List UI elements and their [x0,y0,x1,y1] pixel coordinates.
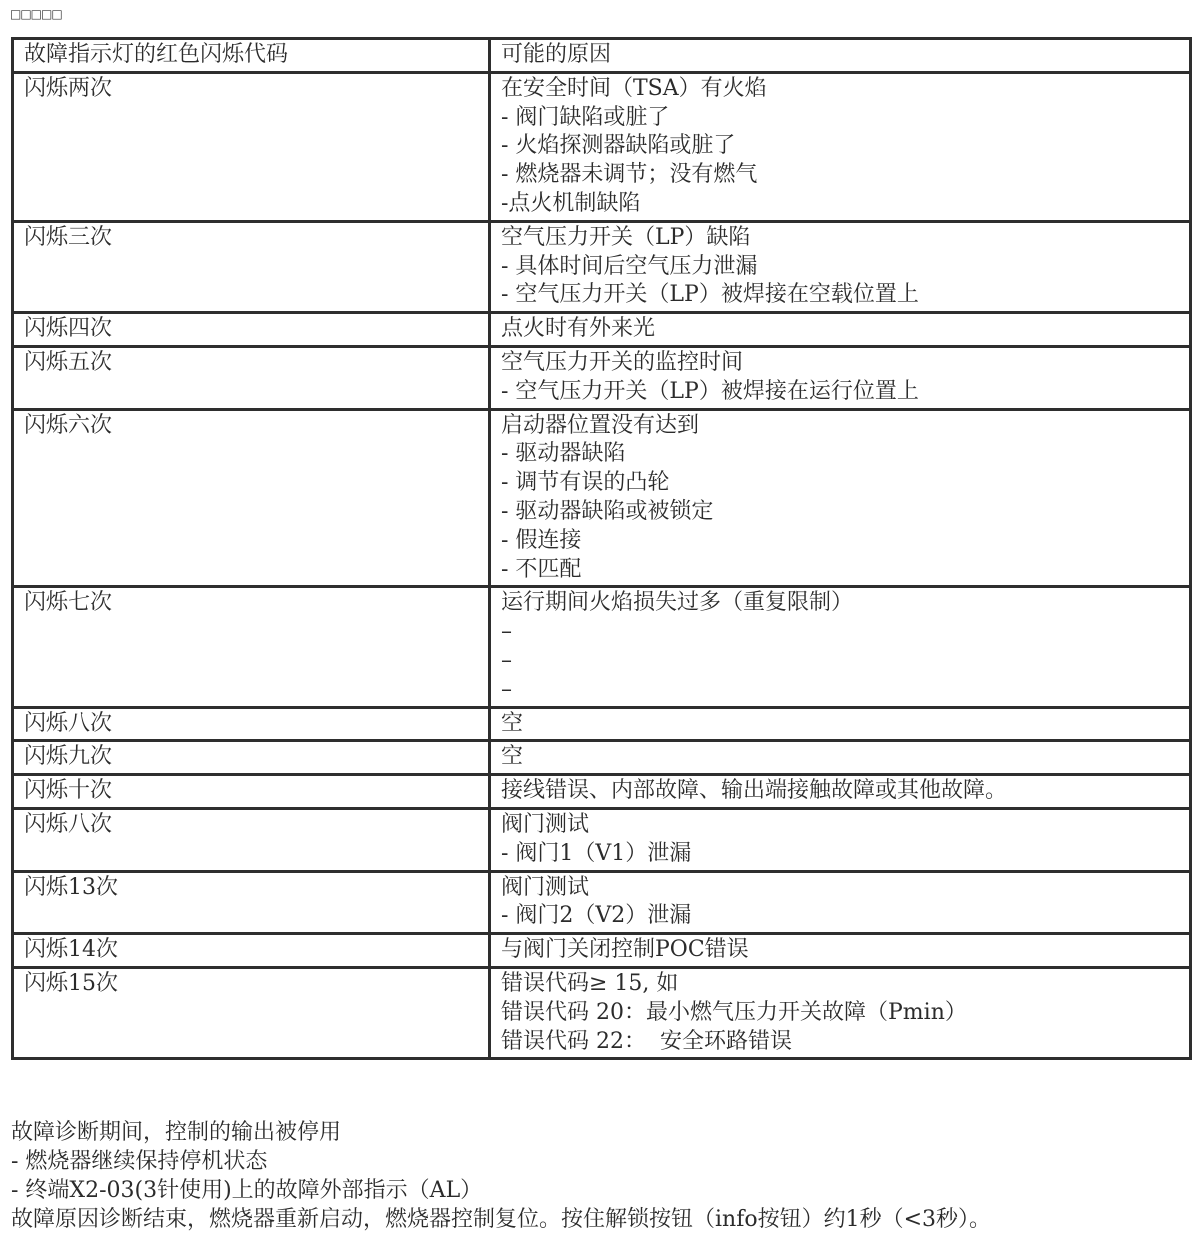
cause-line: 接线错误、内部故障、输出端接触故障或其他故障。 [501,777,1179,806]
blink-code-cell: 闪烁七次 [13,587,490,707]
cause-line: – [501,618,1179,647]
cause-line: 与阀门关闭控制POC错误 [501,936,1179,965]
cause-line: - 驱动器缺陷 [501,440,1179,469]
possible-cause-cell: 点火时有外来光 [490,313,1191,347]
possible-cause-cell: 启动器位置没有达到- 驱动器缺陷- 调节有误的凸轮- 驱动器缺陷或被锁定- 假连… [490,409,1191,587]
possible-cause-cell: 与阀门关闭控制POC错误 [490,934,1191,968]
table-header-row: 故障指示灯的红色闪烁代码 可能的原因 [13,39,1191,73]
footer-notes: 故障诊断期间，控制的输出被停用 - 燃烧器继续保持停机状态 - 终端X2-03(… [11,1118,991,1234]
possible-cause-cell: 空气压力开关（LP）缺陷- 具体时间后空气压力泄漏- 空气压力开关（LP）被焊接… [490,221,1191,312]
cause-line: 错误代码 22： 安全环路错误 [501,1028,1179,1057]
table-row: 闪烁两次在安全时间（TSA）有火焰- 阀门缺陷或脏了- 火焰探测器缺陷或脏了- … [13,72,1191,221]
cause-line: - 具体时间后空气压力泄漏 [501,253,1179,282]
possible-cause-cell: 阀门测试- 阀门1（V1）泄漏 [490,808,1191,871]
cause-line: 启动器位置没有达到 [501,412,1179,441]
cause-line: 阀门测试 [501,874,1179,903]
cause-line: 空 [501,710,1179,739]
table-row: 闪烁14次与阀门关闭控制POC错误 [13,934,1191,968]
cause-line: 空 [501,743,1179,772]
possible-cause-cell: 空 [490,741,1191,775]
cause-line: 运行期间火焰损失过多（重复限制） [501,589,1179,618]
cause-line: 空气压力开关的监控时间 [501,349,1179,378]
table-row: 闪烁三次空气压力开关（LP）缺陷- 具体时间后空气压力泄漏- 空气压力开关（LP… [13,221,1191,312]
possible-cause-cell: 在安全时间（TSA）有火焰- 阀门缺陷或脏了- 火焰探测器缺陷或脏了- 燃烧器未… [490,72,1191,221]
cause-line: - 假连接 [501,527,1179,556]
footer-line: 故障诊断期间，控制的输出被停用 [11,1118,991,1147]
footer-line: - 终端X2-03(3针使用)上的故障外部指示（AL） [11,1176,991,1205]
cause-line: - 驱动器缺陷或被锁定 [501,498,1179,527]
fault-code-table: 故障指示灯的红色闪烁代码 可能的原因 闪烁两次在安全时间（TSA）有火焰- 阀门… [11,37,1192,1060]
header-code: 故障指示灯的红色闪烁代码 [13,39,490,73]
blink-code-cell: 闪烁八次 [13,808,490,871]
cause-line: - 空气压力开关（LP）被焊接在空载位置上 [501,281,1179,310]
table-row: 闪烁13次阀门测试- 阀门2（V2）泄漏 [13,871,1191,934]
cause-line: 空气压力开关（LP）缺陷 [501,224,1179,253]
cause-line: - 阀门2（V2）泄漏 [501,902,1179,931]
table-row: 闪烁七次运行期间火焰损失过多（重复限制）––– [13,587,1191,707]
cause-line: - 阀门1（V1）泄漏 [501,840,1179,869]
blink-code-cell: 闪烁14次 [13,934,490,968]
table-row: 闪烁六次启动器位置没有达到- 驱动器缺陷- 调节有误的凸轮- 驱动器缺陷或被锁定… [13,409,1191,587]
possible-cause-cell: 阀门测试- 阀门2（V2）泄漏 [490,871,1191,934]
cause-line: - 空气压力开关（LP）被焊接在运行位置上 [501,378,1179,407]
cause-line: 错误代码 20：最小燃气压力开关故障（Pmin） [501,999,1179,1028]
table-row: 闪烁四次点火时有外来光 [13,313,1191,347]
blink-code-cell: 闪烁13次 [13,871,490,934]
caption-placeholder: □□□□□ [10,7,62,21]
possible-cause-cell: 运行期间火焰损失过多（重复限制）––– [490,587,1191,707]
blink-code-cell: 闪烁两次 [13,72,490,221]
table-row: 闪烁八次空 [13,707,1191,741]
cause-line: – [501,647,1179,676]
possible-cause-cell: 接线错误、内部故障、输出端接触故障或其他故障。 [490,775,1191,809]
cause-line: 在安全时间（TSA）有火焰 [501,75,1179,104]
blink-code-cell: 闪烁15次 [13,967,490,1058]
cause-line: - 火焰探测器缺陷或脏了 [501,132,1179,161]
footer-line: - 燃烧器继续保持停机状态 [11,1147,991,1176]
blink-code-cell: 闪烁六次 [13,409,490,587]
blink-code-cell: 闪烁四次 [13,313,490,347]
blink-code-cell: 闪烁九次 [13,741,490,775]
cause-line: - 不匹配 [501,556,1179,585]
cause-line: - 阀门缺陷或脏了 [501,104,1179,133]
possible-cause-cell: 空 [490,707,1191,741]
cause-line: -点火机制缺陷 [501,190,1179,219]
table-row: 闪烁八次阀门测试- 阀门1（V1）泄漏 [13,808,1191,871]
header-causes: 可能的原因 [490,39,1191,73]
blink-code-cell: 闪烁三次 [13,221,490,312]
cause-line: 错误代码≥ 15, 如 [501,970,1179,999]
blink-code-cell: 闪烁十次 [13,775,490,809]
table-row: 闪烁十次接线错误、内部故障、输出端接触故障或其他故障。 [13,775,1191,809]
cause-line: – [501,676,1179,705]
cause-line: - 调节有误的凸轮 [501,469,1179,498]
table-row: 闪烁九次空 [13,741,1191,775]
blink-code-cell: 闪烁五次 [13,346,490,409]
blink-code-cell: 闪烁八次 [13,707,490,741]
footer-line: 故障原因诊断结束，燃烧器重新启动，燃烧器控制复位。按住解锁按钮（info按钮）约… [11,1205,991,1234]
cause-line: - 燃烧器未调节；没有燃气 [501,161,1179,190]
possible-cause-cell: 空气压力开关的监控时间- 空气压力开关（LP）被焊接在运行位置上 [490,346,1191,409]
table-row: 闪烁15次错误代码≥ 15, 如错误代码 20：最小燃气压力开关故障（Pmin）… [13,967,1191,1058]
possible-cause-cell: 错误代码≥ 15, 如错误代码 20：最小燃气压力开关故障（Pmin）错误代码 … [490,967,1191,1058]
table-row: 闪烁五次空气压力开关的监控时间- 空气压力开关（LP）被焊接在运行位置上 [13,346,1191,409]
cause-line: 阀门测试 [501,811,1179,840]
cause-line: 点火时有外来光 [501,315,1179,344]
